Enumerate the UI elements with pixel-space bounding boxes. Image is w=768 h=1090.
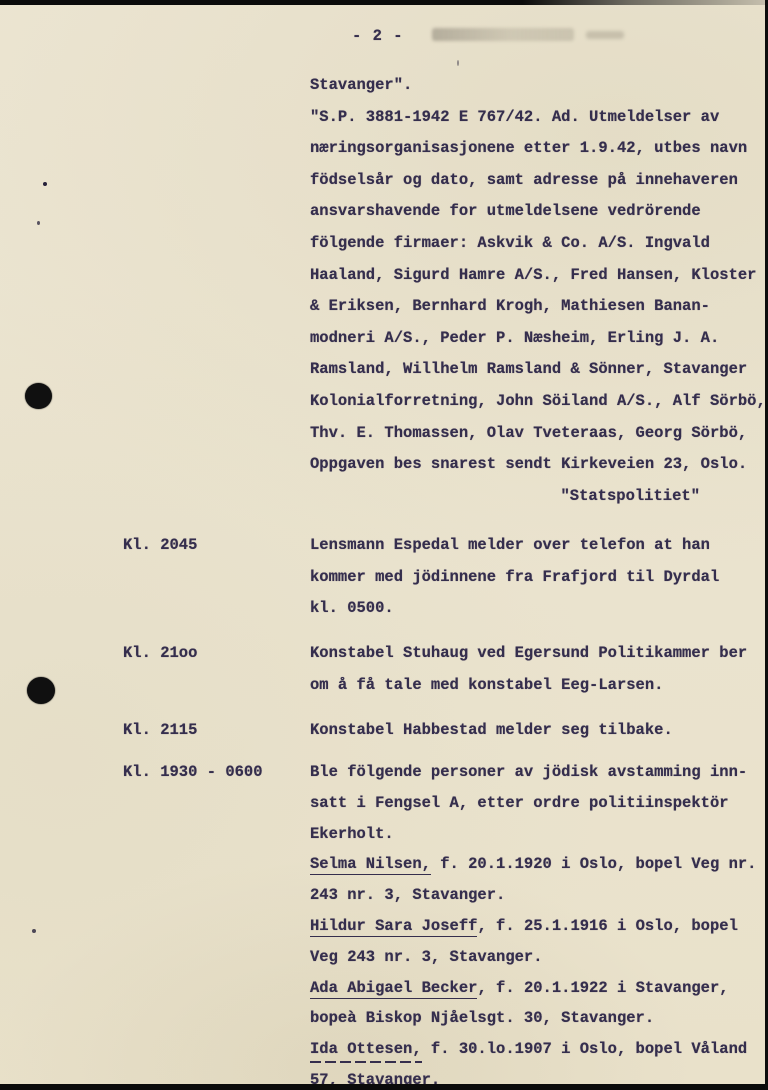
text-segment: kl. 0500. — [310, 599, 394, 617]
text-line: Ida Ottesen, f. 30.lo.1907 i Oslo, bopel… — [310, 1034, 768, 1065]
text-line: fölgende firmaer: Askvik & Co. A/S. Ingv… — [310, 228, 768, 260]
text-segment: Veg 243 nr. 3, Stavanger. — [310, 948, 543, 966]
text-segment: 243 nr. 3, Stavanger. — [310, 886, 505, 904]
text-line: & Eriksen, Bernhard Krogh, Mathiesen Ban… — [310, 291, 768, 323]
text-segment: Konstabel Stuhaug ved Egersund Politikam… — [310, 644, 747, 662]
text-segment: Kolonialforretning, John Söiland A/S., A… — [310, 392, 766, 410]
text-segment: bopeà Biskop Njåelsgt. 30, Stavanger. — [310, 1009, 654, 1027]
text-segment: f. 20.1.1920 i Oslo, bopel Veg nr. — [431, 855, 757, 873]
text-line: kommer med jödinnene fra Frafjord til Dy… — [310, 562, 768, 594]
text-segment: næringsorganisasjonene etter 1.9.42, utb… — [310, 139, 747, 157]
text-line: satt i Fengsel A, etter ordre politiinsp… — [310, 788, 768, 819]
text-segment: Haaland, Sigurd Hamre A/S., Fred Hansen,… — [310, 266, 756, 284]
text-segment: Stavanger". — [310, 76, 412, 94]
text-segment: "Statspolitiet" — [560, 487, 700, 505]
text-segment: födselsår og dato, samt adresse på inneh… — [310, 171, 738, 189]
punch-hole-top — [25, 383, 52, 409]
scan-speck — [43, 182, 47, 186]
text-segment: modneri A/S., Peder P. Næsheim, Erling J… — [310, 329, 719, 347]
scan-speck — [457, 60, 459, 66]
text-line: Ada Abigael Becker, f. 20.1.1922 i Stava… — [310, 973, 768, 1004]
text-line: Ramsland, Willhelm Ramsland & Sönner, St… — [310, 354, 768, 386]
text-line: Oppgaven bes snarest sendt Kirkeveien 23… — [310, 449, 768, 481]
text-line: Veg 243 nr. 3, Stavanger. — [310, 942, 768, 973]
ink-smudge-small — [586, 31, 624, 39]
text-segment: Thv. E. Thomassen, Olav Tveteraas, Georg… — [310, 424, 747, 442]
text-segment: f. 30.lo.1907 i Oslo, bopel Våland — [422, 1040, 748, 1058]
time-label: Kl. 2115 — [123, 715, 197, 747]
text-segment: kommer med jödinnene fra Frafjord til Dy… — [310, 568, 719, 586]
underlined-name: Selma Nilsen, — [310, 855, 431, 875]
scan-edge-bottom — [0, 1084, 768, 1090]
text-line: Haaland, Sigurd Hamre A/S., Fred Hansen,… — [310, 260, 768, 292]
text-segment: ansvarshavende for utmeldelsene vedrören… — [310, 202, 701, 220]
text-segment: Oppgaven bes snarest sendt Kirkeveien 23… — [310, 455, 747, 473]
text-line: Hildur Sara Joseff, f. 25.1.1916 i Oslo,… — [310, 911, 768, 942]
text-segment: Ramsland, Willhelm Ramsland & Sönner, St… — [310, 360, 747, 378]
text-line: "Statspolitiet" — [310, 481, 768, 513]
text-line: Selma Nilsen, f. 20.1.1920 i Oslo, bopel… — [310, 849, 768, 880]
entry-text: Lensmann Espedal melder over telefon at … — [310, 530, 768, 625]
text-line: Stavanger". — [310, 70, 768, 102]
text-segment: Ekerholt. — [310, 825, 394, 843]
text-segment: fölgende firmaer: Askvik & Co. A/S. Ingv… — [310, 234, 710, 252]
underlined-name: Ida Ottesen, — [310, 1040, 422, 1063]
text-segment: Lensmann Espedal melder over telefon at … — [310, 536, 710, 554]
text-line: 243 nr. 3, Stavanger. — [310, 880, 768, 911]
text-line: bopeà Biskop Njåelsgt. 30, Stavanger. — [310, 1003, 768, 1034]
time-label: Kl. 1930 - 0600 — [123, 757, 263, 788]
underlined-name: Ada Abigael Becker — [310, 979, 477, 999]
text-line: "S.P. 3881-1942 E 767/42. Ad. Utmeldelse… — [310, 102, 768, 134]
text-line: om å få tale med konstabel Eeg-Larsen. — [310, 670, 768, 702]
text-segment: "S.P. 3881-1942 E 767/42. Ad. Utmeldelse… — [310, 108, 719, 126]
scan-speck — [32, 929, 36, 933]
text-line: Ble fölgende personer av jödisk avstammi… — [310, 757, 768, 788]
text-segment: , f. 25.1.1916 i Oslo, bopel — [477, 917, 737, 935]
entry-text: Ble fölgende personer av jödisk avstammi… — [310, 757, 768, 1090]
text-line: kl. 0500. — [310, 593, 768, 625]
text-segment: & Eriksen, Bernhard Krogh, Mathiesen Ban… — [310, 297, 710, 315]
text-segment: om å få tale med konstabel Eeg-Larsen. — [310, 676, 663, 694]
entry-text: Konstabel Habbestad melder seg tilbake. — [310, 715, 768, 747]
text-line: Kolonialforretning, John Söiland A/S., A… — [310, 386, 768, 418]
ink-smudge — [432, 28, 574, 41]
text-line: Konstabel Stuhaug ved Egersund Politikam… — [310, 638, 768, 670]
text-line: Lensmann Espedal melder over telefon at … — [310, 530, 768, 562]
text-line: födselsår og dato, samt adresse på inneh… — [310, 165, 768, 197]
time-label: Kl. 21oo — [123, 638, 197, 670]
document-page: - 2 - Stavanger"."S.P. 3881-1942 E 767/4… — [0, 0, 768, 1090]
entry-text: Konstabel Stuhaug ved Egersund Politikam… — [310, 638, 768, 701]
text-segment: , f. 20.1.1922 i Stavanger, — [477, 979, 728, 997]
text-line: Konstabel Habbestad melder seg tilbake. — [310, 715, 768, 747]
text-segment: Konstabel Habbestad melder seg tilbake. — [310, 721, 673, 739]
text-segment: satt i Fengsel A, etter ordre politiinsp… — [310, 794, 729, 812]
entry-text: Stavanger"."S.P. 3881-1942 E 767/42. Ad.… — [310, 70, 768, 512]
page-number: - 2 - — [352, 27, 404, 45]
underlined-name: Hildur Sara Joseff — [310, 917, 477, 937]
punch-hole-bottom — [27, 677, 55, 704]
text-line: ansvarshavende for utmeldelsene vedrören… — [310, 196, 768, 228]
text-line: Ekerholt. — [310, 819, 768, 850]
scan-edge-top — [0, 0, 768, 5]
text-line: næringsorganisasjonene etter 1.9.42, utb… — [310, 133, 768, 165]
text-line: Thv. E. Thomassen, Olav Tveteraas, Georg… — [310, 418, 768, 450]
text-line: modneri A/S., Peder P. Næsheim, Erling J… — [310, 323, 768, 355]
scan-speck — [37, 221, 40, 225]
text-segment: Ble fölgende personer av jödisk avstammi… — [310, 763, 747, 781]
time-label: Kl. 2045 — [123, 530, 197, 562]
